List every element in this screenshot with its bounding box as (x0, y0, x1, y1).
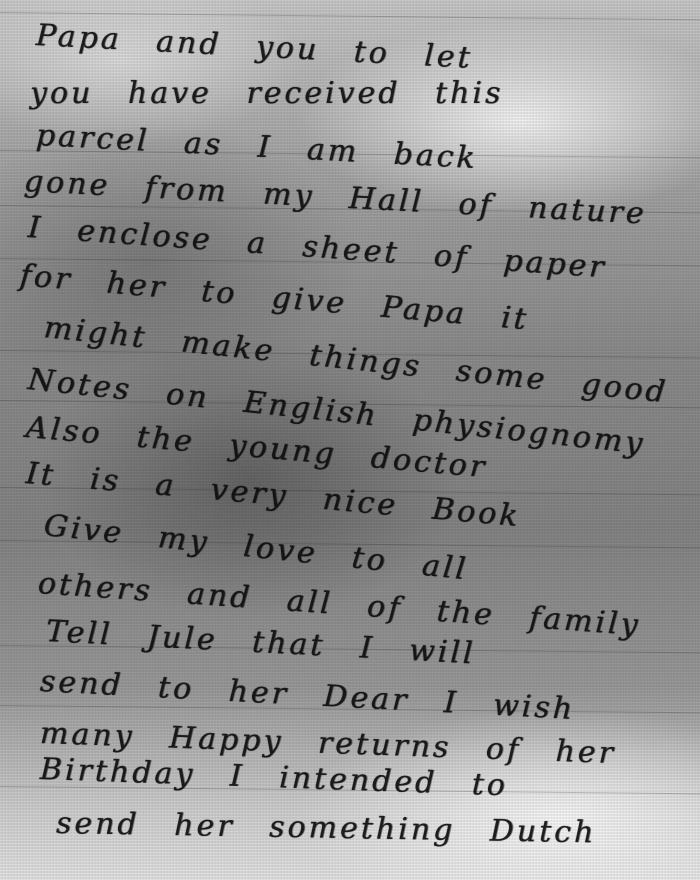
ruled-line (0, 12, 700, 20)
text-line: Papa and you to let (35, 18, 473, 76)
text-line: send her something Dutch (56, 806, 597, 850)
letter-page: Papa and you to let you have received th… (0, 0, 700, 880)
text-line: you have received this (30, 76, 503, 111)
text-line: send to her Dear I wish (39, 664, 576, 727)
